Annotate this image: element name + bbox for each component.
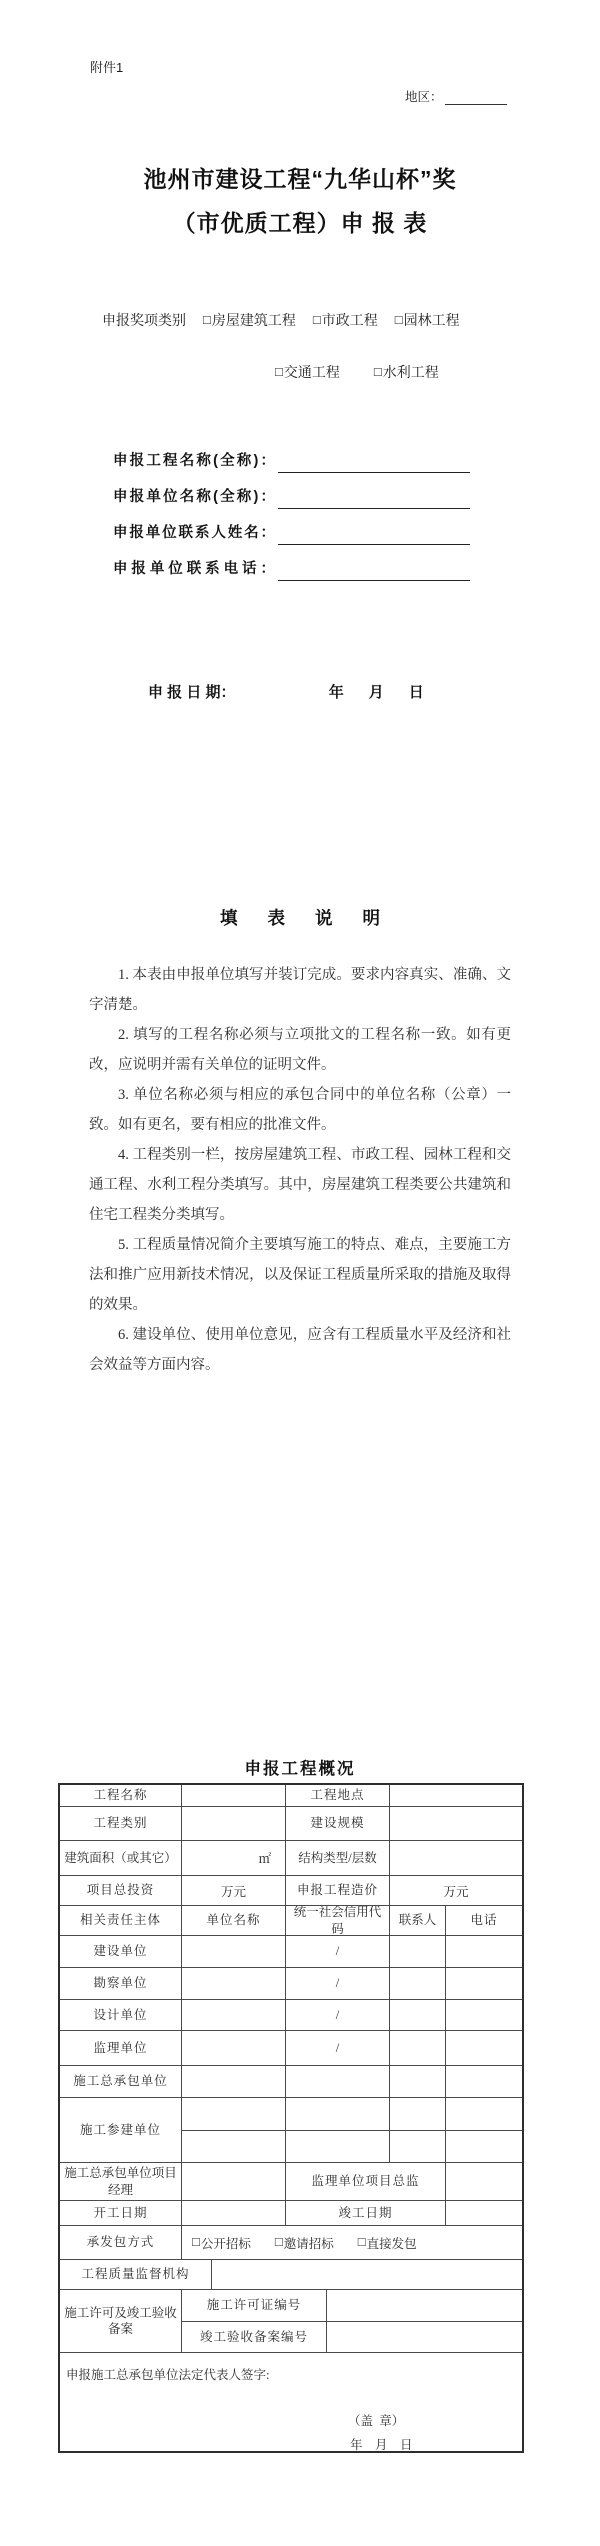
region-line: 地区： bbox=[405, 87, 507, 105]
start-date-label: 开工日期 bbox=[93, 2205, 147, 2221]
unit-name-header: 单位名称 bbox=[206, 1912, 260, 1928]
instruction-item-6: 6. 建设单位、使用单位意见，应含有工程质量水平及经济和社会效益等方面内容。 bbox=[89, 1320, 511, 1380]
unit-name-header-cell: 单位名称 bbox=[182, 1906, 286, 1935]
construction-scale-value-cell[interactable] bbox=[390, 1807, 522, 1840]
declared-cost-label: 申报工程造价 bbox=[297, 1882, 378, 1898]
structure-type-label: 结构类型/层数 bbox=[298, 1850, 376, 1866]
quality-supervision-agency-value-cell[interactable] bbox=[212, 2260, 522, 2289]
structure-type-label-cell: 结构类型/层数 bbox=[286, 1841, 390, 1875]
total-investment-value-cell[interactable]: 万元 bbox=[182, 1876, 286, 1905]
checkbox-open-tender[interactable]: □公开招标 bbox=[192, 2234, 251, 2252]
supervision-unit-name-cell[interactable] bbox=[182, 2031, 286, 2065]
supervision-unit-label-cell: 监理单位 bbox=[60, 2031, 182, 2065]
participating-unit-row-1 bbox=[182, 2098, 522, 2131]
project-type-label-cell: 工程类别 bbox=[60, 1807, 182, 1840]
supervision-unit-phone-cell[interactable] bbox=[446, 2031, 522, 2065]
contact-header: 联系人 bbox=[399, 1912, 437, 1928]
checkbox-option-landscape[interactable]: □园林工程 bbox=[395, 310, 460, 330]
field-unit-name-blank[interactable] bbox=[278, 485, 470, 509]
construction-unit-contact-cell[interactable] bbox=[390, 1936, 446, 1967]
project-location-value-cell[interactable] bbox=[390, 1785, 522, 1806]
completion-record-number-label: 竣工验收备案编号 bbox=[200, 2329, 308, 2345]
credit-code-header-cell: 统一社会信用代码 bbox=[286, 1906, 390, 1935]
responsible-parties-header: 相关责任主体 bbox=[80, 1912, 161, 1928]
building-area-value-cell[interactable]: ㎡ bbox=[182, 1841, 286, 1875]
checkbox-option-transport[interactable]: □交通工程 bbox=[275, 362, 340, 382]
survey-unit-label-cell: 勘察单位 bbox=[60, 1968, 182, 1999]
quality-supervision-agency-label-cell: 工程质量监督机构 bbox=[60, 2260, 212, 2289]
checkbox-icon: □ bbox=[374, 364, 382, 379]
application-date-value: 年 月 日 bbox=[329, 684, 424, 701]
table-row-investment: 项目总投资 万元 申报工程造价 万元 bbox=[60, 1876, 522, 1906]
design-unit-contact-cell[interactable] bbox=[390, 2000, 446, 2030]
checkbox-label: 直接发包 bbox=[367, 2234, 417, 2252]
survey-unit-code-cell[interactable]: / bbox=[286, 1968, 390, 1999]
construction-unit-phone-cell[interactable] bbox=[446, 1936, 522, 1967]
chief-supervisor-label: 监理单位项目总监 bbox=[311, 2173, 419, 2189]
area-unit-label: ㎡ bbox=[258, 1849, 271, 1867]
phone-header-cell: 电话 bbox=[446, 1906, 522, 1935]
table-row-dates: 开工日期 竣工日期 bbox=[60, 2201, 522, 2226]
checkbox-direct-award[interactable]: □直接发包 bbox=[358, 2234, 417, 2252]
supervision-unit-label: 监理单位 bbox=[93, 2040, 147, 2056]
project-name-label: 工程名称 bbox=[93, 1787, 147, 1803]
checkbox-label: 邀请招标 bbox=[284, 2234, 334, 2252]
survey-unit-contact-cell[interactable] bbox=[390, 1968, 446, 1999]
region-label: 地区： bbox=[405, 87, 443, 105]
field-contact-person: 申报单位联系人姓名： bbox=[113, 520, 470, 545]
checkbox-icon: □ bbox=[358, 2234, 366, 2250]
design-unit-phone-cell[interactable] bbox=[446, 2000, 522, 2030]
participating-unit-2-name-cell[interactable] bbox=[182, 2131, 286, 2163]
construction-permit-number-label-cell: 施工许可证编号 bbox=[182, 2290, 327, 2321]
design-unit-code-cell[interactable]: / bbox=[286, 2000, 390, 2030]
design-unit-label-cell: 设计单位 bbox=[60, 2000, 182, 2030]
field-contact-phone-blank[interactable] bbox=[278, 557, 470, 581]
region-blank-line[interactable] bbox=[445, 89, 507, 105]
instruction-item-5: 5. 工程质量情况简介主要填写施工的特点、难点，主要施工方法和推广应用新技术情况… bbox=[89, 1230, 511, 1320]
phone-header: 电话 bbox=[470, 1912, 497, 1928]
participating-unit-1-contact-cell[interactable] bbox=[390, 2098, 446, 2130]
responsible-parties-header-cell: 相关责任主体 bbox=[60, 1906, 182, 1935]
instruction-item-2: 2. 填写的工程名称必须与立项批文的工程名称一致。如有更改，应说明并需有关单位的… bbox=[89, 1020, 511, 1080]
structure-type-value-cell[interactable] bbox=[390, 1841, 522, 1875]
checkbox-icon: □ bbox=[275, 2234, 283, 2250]
project-manager-label: 施工总承包单位项目经理 bbox=[62, 2165, 179, 2198]
building-area-label-cell: 建筑面积（或其它） bbox=[60, 1841, 182, 1875]
field-unit-name-label: 申报单位名称(全称)： bbox=[113, 485, 275, 509]
checkbox-label: 公开招标 bbox=[201, 2234, 251, 2252]
participating-unit-1-code-cell[interactable] bbox=[286, 2098, 390, 2130]
start-date-value-cell[interactable] bbox=[182, 2201, 286, 2225]
total-investment-label: 项目总投资 bbox=[87, 1882, 155, 1898]
completion-record-row: 竣工验收备案编号 bbox=[182, 2322, 522, 2353]
overview-table-heading: 申报工程概况 bbox=[0, 1755, 600, 1779]
general-contractor-contact-cell[interactable] bbox=[390, 2066, 446, 2097]
table-row-quality-supervision-agency: 工程质量监督机构 bbox=[60, 2260, 522, 2290]
participating-units-label-cell: 施工参建单位 bbox=[60, 2098, 182, 2162]
project-location-label-cell: 工程地点 bbox=[286, 1785, 390, 1806]
checkbox-icon: □ bbox=[275, 364, 283, 379]
project-overview-table: 工程名称 工程地点 工程类别 建设规模 建筑面积（或其它） ㎡ 结构类型/层数 … bbox=[58, 1783, 524, 2453]
table-row-area: 建筑面积（或其它） ㎡ 结构类型/层数 bbox=[60, 1841, 522, 1876]
instructions-body: 1. 本表由申报单位填写并装订完成。要求内容真实、准确、文字清楚。 2. 填写的… bbox=[89, 960, 511, 1380]
start-date-label-cell: 开工日期 bbox=[60, 2201, 182, 2225]
construction-unit-label-cell: 建设单位 bbox=[60, 1936, 182, 1967]
general-contractor-name-cell[interactable] bbox=[182, 2066, 286, 2097]
attachment-label: 附件1 bbox=[90, 57, 123, 76]
completion-date-label: 竣工日期 bbox=[338, 2205, 392, 2221]
award-category-label: 申报奖项类别 bbox=[102, 310, 186, 330]
contract-mode-label-cell: 承发包方式 bbox=[60, 2226, 182, 2259]
award-application-form-page: 附件1 地区： 池州市建设工程“九华山杯”奖 （市优质工程）申 报 表 申报奖项… bbox=[0, 0, 600, 2546]
checkbox-icon: □ bbox=[395, 312, 403, 327]
construction-unit-code-cell[interactable]: / bbox=[286, 1936, 390, 1967]
table-row-permit-records: 施工许可及竣工验收备案 施工许可证编号 竣工验收备案编号 bbox=[60, 2290, 522, 2353]
table-row-signature: 申报施工总承包单位法定代表人签字: （盖 章） 年 月 日 bbox=[60, 2353, 522, 2451]
instructions-heading: 填表说明 bbox=[0, 905, 600, 930]
general-contractor-label: 施工总承包单位 bbox=[73, 2073, 168, 2089]
table-row-survey-unit: 勘察单位 / bbox=[60, 1968, 522, 2000]
document-title-line1: 池州市建设工程“九华山杯”奖 bbox=[0, 161, 600, 194]
checkbox-option-water-conservancy[interactable]: □水利工程 bbox=[374, 362, 439, 382]
instruction-item-1: 1. 本表由申报单位填写并装订完成。要求内容真实、准确、文字清楚。 bbox=[89, 960, 511, 1020]
award-category-row2: □交通工程 □水利工程 bbox=[275, 362, 439, 382]
checkbox-label: 园林工程 bbox=[404, 310, 460, 330]
contact-header-cell: 联系人 bbox=[390, 1906, 446, 1935]
table-row-project-manager: 施工总承包单位项目经理 监理单位项目总监 bbox=[60, 2163, 522, 2201]
participating-unit-1-phone-cell[interactable] bbox=[446, 2098, 522, 2130]
permit-records-label-cell: 施工许可及竣工验收备案 bbox=[60, 2290, 182, 2352]
construction-unit-name-cell[interactable] bbox=[182, 1936, 286, 1967]
document-title-line2: （市优质工程）申 报 表 bbox=[0, 205, 600, 238]
construction-permit-number-value-cell[interactable] bbox=[327, 2290, 522, 2321]
checkbox-label: 交通工程 bbox=[284, 362, 340, 382]
project-type-label: 工程类别 bbox=[93, 1815, 147, 1831]
construction-permit-row: 施工许可证编号 bbox=[182, 2290, 522, 2322]
completion-date-label-cell: 竣工日期 bbox=[286, 2201, 446, 2225]
completion-record-number-value-cell[interactable] bbox=[327, 2322, 522, 2353]
supervision-unit-code-cell[interactable]: / bbox=[286, 2031, 390, 2065]
table-row-general-contractor: 施工总承包单位 bbox=[60, 2066, 522, 2098]
checkbox-icon: □ bbox=[203, 312, 211, 327]
permit-records-label: 施工许可及竣工验收备案 bbox=[62, 2305, 179, 2338]
construction-permit-number-label: 施工许可证编号 bbox=[207, 2297, 302, 2313]
completion-date-value-cell[interactable] bbox=[446, 2201, 522, 2225]
field-contact-person-label: 申报单位联系人姓名： bbox=[113, 521, 275, 545]
permit-records-grid: 施工许可证编号 竣工验收备案编号 bbox=[182, 2290, 522, 2352]
field-contact-phone: 申报单位联系电话： bbox=[113, 556, 470, 581]
investment-unit-label: 万元 bbox=[221, 1882, 246, 1900]
field-project-name-blank[interactable] bbox=[278, 449, 470, 473]
project-manager-label-cell: 施工总承包单位项目经理 bbox=[60, 2163, 182, 2200]
table-row-contract-mode: 承发包方式 □公开招标 □邀请招标 □直接发包 bbox=[60, 2226, 522, 2260]
construction-scale-label-cell: 建设规模 bbox=[286, 1807, 390, 1840]
table-row-type: 工程类别 建设规模 bbox=[60, 1807, 522, 1841]
general-contractor-label-cell: 施工总承包单位 bbox=[60, 2066, 182, 2097]
project-location-label: 工程地点 bbox=[310, 1787, 364, 1803]
field-project-name: 申报工程名称(全称)： bbox=[113, 448, 470, 473]
checkbox-label: 市政工程 bbox=[322, 310, 378, 330]
table-row-project: 工程名称 工程地点 bbox=[60, 1785, 522, 1807]
project-type-value-cell[interactable] bbox=[182, 1807, 286, 1840]
completion-record-number-label-cell: 竣工验收备案编号 bbox=[182, 2322, 327, 2353]
construction-unit-label: 建设单位 bbox=[93, 1943, 147, 1959]
chief-supervisor-value-cell[interactable] bbox=[446, 2163, 522, 2200]
checkbox-option-municipal[interactable]: □市政工程 bbox=[313, 310, 378, 330]
signature-label: 申报施工总承包单位法定代表人签字: bbox=[66, 2365, 269, 2383]
contract-mode-label: 承发包方式 bbox=[87, 2234, 155, 2250]
supervision-unit-contact-cell[interactable] bbox=[390, 2031, 446, 2065]
cost-unit-label: 万元 bbox=[443, 1882, 468, 1900]
field-contact-person-blank[interactable] bbox=[278, 521, 470, 545]
field-project-name-label: 申报工程名称(全称)： bbox=[113, 449, 275, 473]
checkbox-icon: □ bbox=[313, 312, 321, 327]
total-investment-label-cell: 项目总投资 bbox=[60, 1876, 182, 1905]
participating-unit-2-phone-cell[interactable] bbox=[446, 2131, 522, 2163]
instruction-item-4: 4. 工程类别一栏，按房屋建筑工程、市政工程、园林工程和交通工程、水利工程分类填… bbox=[89, 1140, 511, 1230]
participating-units-label: 施工参建单位 bbox=[80, 2122, 161, 2138]
building-area-label: 建筑面积（或其它） bbox=[64, 1850, 177, 1866]
checkbox-invited-tender[interactable]: □邀请招标 bbox=[275, 2234, 334, 2252]
survey-unit-phone-cell[interactable] bbox=[446, 1968, 522, 1999]
participating-unit-2-code-cell[interactable] bbox=[286, 2131, 390, 2163]
declared-cost-value-cell[interactable]: 万元 bbox=[390, 1876, 522, 1905]
participating-unit-row-2 bbox=[182, 2131, 522, 2163]
design-unit-name-cell[interactable] bbox=[182, 2000, 286, 2030]
award-category-row1: 申报奖项类别 □房屋建筑工程 □市政工程 □园林工程 bbox=[102, 310, 460, 330]
quality-supervision-agency-label: 工程质量监督机构 bbox=[81, 2266, 189, 2282]
table-row-design-unit: 设计单位 / bbox=[60, 2000, 522, 2031]
survey-unit-label: 勘察单位 bbox=[93, 1975, 147, 1991]
signature-date: 年 月 日 bbox=[350, 2435, 413, 2453]
signature-cell: 申报施工总承包单位法定代表人签字: （盖 章） 年 月 日 bbox=[60, 2353, 522, 2451]
design-unit-label: 设计单位 bbox=[93, 2007, 147, 2023]
project-name-label-cell: 工程名称 bbox=[60, 1785, 182, 1806]
table-row-construction-unit: 建设单位 / bbox=[60, 1936, 522, 1968]
checkbox-option-housing-construction[interactable]: □房屋建筑工程 bbox=[203, 310, 296, 330]
construction-scale-label: 建设规模 bbox=[310, 1815, 364, 1831]
checkbox-icon: □ bbox=[192, 2234, 200, 2250]
participating-units-grid bbox=[182, 2098, 522, 2162]
table-row-participating-units: 施工参建单位 bbox=[60, 2098, 522, 2163]
project-manager-value-cell[interactable] bbox=[182, 2163, 286, 2200]
checkbox-label: 水利工程 bbox=[383, 362, 439, 382]
survey-unit-name-cell[interactable] bbox=[182, 1968, 286, 1999]
instruction-item-3: 3. 单位名称必须与相应的承包合同中的单位名称（公章）一致。如有更名，要有相应的… bbox=[89, 1080, 511, 1140]
application-date-label: 申 报 日 期： bbox=[148, 684, 236, 701]
contract-mode-options-cell: □公开招标 □邀请招标 □直接发包 bbox=[182, 2226, 522, 2259]
field-contact-phone-label: 申报单位联系电话： bbox=[113, 557, 275, 581]
field-unit-name: 申报单位名称(全称)： bbox=[113, 484, 470, 509]
chief-supervisor-label-cell: 监理单位项目总监 bbox=[286, 2163, 446, 2200]
project-name-value-cell[interactable] bbox=[182, 1785, 286, 1806]
credit-code-header: 统一社会信用代码 bbox=[288, 1906, 387, 1935]
application-date-line: 申 报 日 期： 年 月 日 bbox=[148, 681, 424, 702]
table-header-row: 相关责任主体 单位名称 统一社会信用代码 联系人 电话 bbox=[60, 1906, 522, 1936]
checkbox-label: 房屋建筑工程 bbox=[212, 310, 296, 330]
participating-unit-2-contact-cell[interactable] bbox=[390, 2131, 446, 2163]
general-contractor-code-cell[interactable] bbox=[286, 2066, 390, 2097]
general-contractor-phone-cell[interactable] bbox=[446, 2066, 522, 2097]
participating-unit-1-name-cell[interactable] bbox=[182, 2098, 286, 2130]
table-row-supervision-unit: 监理单位 / bbox=[60, 2031, 522, 2066]
declared-cost-label-cell: 申报工程造价 bbox=[286, 1876, 390, 1905]
seal-placeholder: （盖 章） bbox=[348, 2411, 404, 2429]
